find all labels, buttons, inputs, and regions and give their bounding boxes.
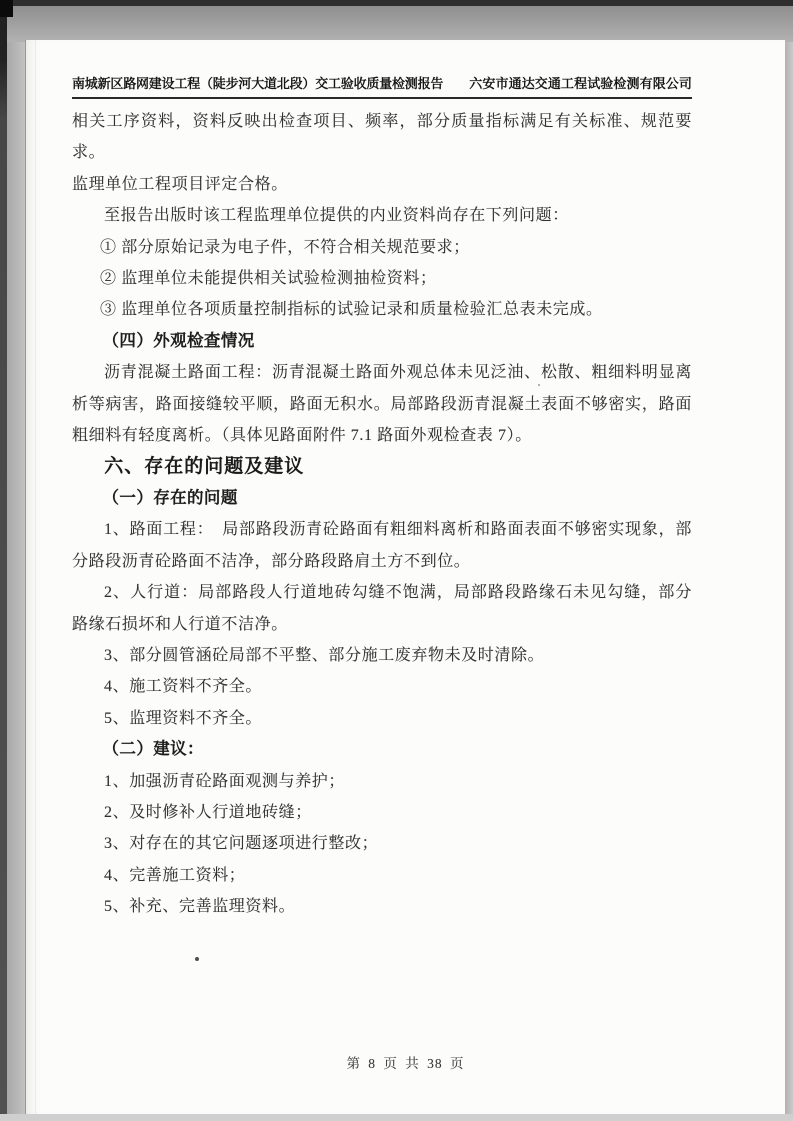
paragraph: 相关工序资料，资料反映出检查项目、频率，部分质量指标满足有关标准、规范要求。: [72, 106, 692, 169]
paragraph: 监理单位工程项目评定合格。: [72, 169, 692, 200]
scan-corner-black: [0, 0, 13, 17]
scan-speck: [538, 384, 540, 386]
paragraph: ② 监理单位未能提供相关试验检测抽检资料；: [72, 263, 692, 294]
paragraph: 5、监理资料不齐全。: [72, 703, 692, 734]
paragraph: ① 部分原始记录为电子件，不符合相关规范要求；: [72, 232, 692, 263]
paragraph: 2、人行道：局部路段人行道地砖勾缝不饱满，局部路段路缘石未见勾缝，部分路缘石损坏…: [72, 577, 692, 640]
section-heading: （四）外观检查情况: [72, 326, 692, 357]
scan-edge-right: [784, 42, 793, 1121]
scan-edge-bottom: [0, 1114, 793, 1121]
page-crease-line: [35, 40, 36, 1114]
paragraph: 5、补充、完善监理资料。: [72, 891, 692, 922]
paragraph: 4、完善施工资料；: [72, 860, 692, 891]
page-header: 南城新区路网建设工程（陡步河大道北段）交工验收质量检测报告 六安市通达交通工程试…: [72, 74, 692, 99]
paragraph: 3、部分圆管涵砼局部不平整、部分施工废弃物未及时清除。: [72, 640, 692, 671]
paragraph: 4、施工资料不齐全。: [72, 671, 692, 702]
scan-speck: [195, 957, 199, 961]
page-number: 第 8 页 共 38 页: [26, 1054, 785, 1074]
paragraph: 1、路面工程： 局部路段沥青砼路面有粗细料离析和路面表面不够密实现象，部分路段沥…: [72, 514, 692, 577]
section-heading: （一）存在的问题: [72, 483, 692, 514]
scan-edge-left-dark: [0, 0, 7, 1121]
paragraph: 沥青混凝土路面工程：沥青混凝土路面外观总体未见泛油、松散、粗细料明显离析等病害，…: [72, 357, 692, 451]
scan-edge-top-gray: [0, 6, 793, 42]
paragraph: ③ 监理单位各项质量控制指标的试验记录和质量检验汇总表未完成。: [72, 294, 692, 325]
section-heading: 六、存在的问题及建议: [72, 451, 692, 482]
section-heading: （二）建议：: [72, 734, 692, 765]
document-page: 南城新区路网建设工程（陡步河大道北段）交工验收质量检测报告 六安市通达交通工程试…: [25, 40, 785, 1114]
header-company-name: 六安市通达交通工程试验检测有限公司: [469, 74, 692, 94]
scan-edge-left-gray: [7, 42, 25, 1121]
paragraph: 至报告出版时该工程监理单位提供的内业资料尚存在下列问题：: [72, 200, 692, 231]
scan-speck: [146, 784, 148, 786]
scanned-document: 南城新区路网建设工程（陡步河大道北段）交工验收质量检测报告 六安市通达交通工程试…: [0, 0, 793, 1121]
header-project-title: 南城新区路网建设工程（陡步河大道北段）交工验收质量检测报告: [72, 74, 443, 94]
paragraph: 1、加强沥青砼路面观测与养护；: [72, 766, 692, 797]
document-body: 相关工序资料，资料反映出检查项目、频率，部分质量指标满足有关标准、规范要求。监理…: [72, 106, 692, 923]
paragraph: 3、对存在的其它问题逐项进行整改；: [72, 828, 692, 859]
paragraph: 2、及时修补人行道地砖缝；: [72, 797, 692, 828]
